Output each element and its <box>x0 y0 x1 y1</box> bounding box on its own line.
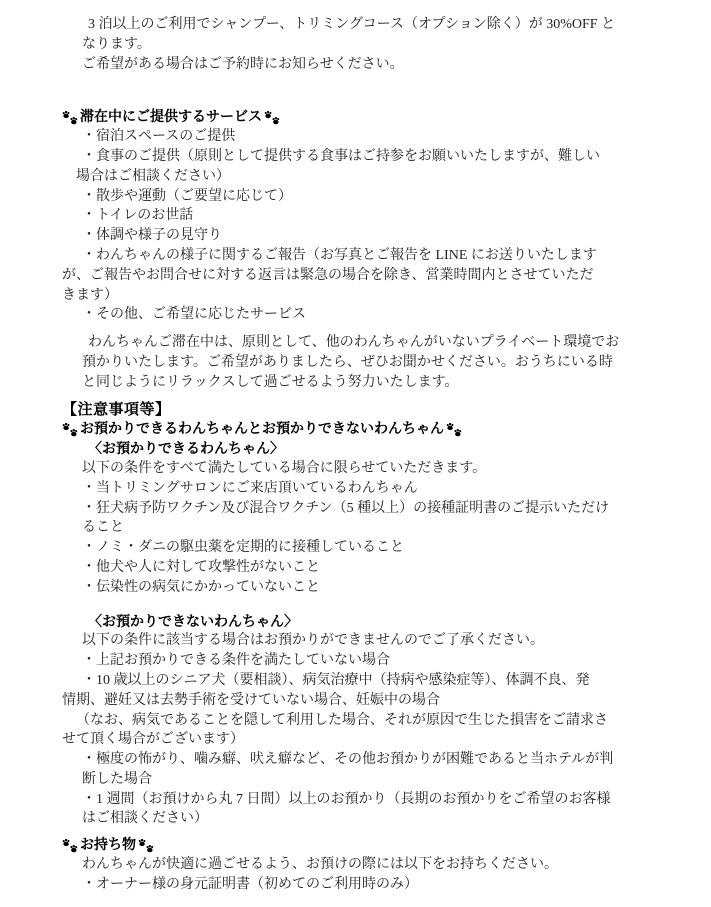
text-line: ること <box>62 518 681 538</box>
text-line: が、ご報告やお問合せに対する返言は緊急の場合を除き、営業時間内とさせていただ <box>62 266 681 286</box>
paw-prints-icon <box>62 110 78 125</box>
text-line: ・上記お預かりできる条件を満たしていない場合 <box>62 651 681 671</box>
section-heading-text: お持ち物 <box>80 835 136 855</box>
text-line: 情期、避妊又は去勢手術を受けていない場合、妊娠中の場合 <box>62 691 681 711</box>
paw-prints-icon <box>62 838 78 853</box>
text-line: 3 泊以上のご利用でシャンプー、トリミングコース（オプション除く）が 30%OF… <box>62 15 681 35</box>
section-heading-text: 滞在中にご提供するサービス <box>80 107 262 127</box>
text-line: ・散歩や運動（ご要望に応じて） <box>62 187 681 207</box>
section-belongings: お持ち物 わんちゃんが快適に過ごせるよう、お預けの際には以下をお持ちください。・… <box>62 835 681 894</box>
section-heading-text: お預かりできるわんちゃんとお預かりできないわんちゃん <box>80 419 444 439</box>
section-intro-discount: 3 泊以上のご利用でシャンプー、トリミングコース（オプション除く）が 30%OF… <box>62 15 681 74</box>
text-line: ・わんちゃんの様子に関するご報告（お写真とご報告を LINE にお送りいたします <box>62 246 681 266</box>
section-heading-text: 〈お預かりできるわんちゃん〉 <box>88 440 284 456</box>
text-line: ・食事のご提供（原則として提供する食事はご持参をお願いいたしますが、難しい <box>62 147 681 167</box>
text-line: 以下の条件に該当する場合はお預かりができませんのでご了承ください。 <box>62 631 681 651</box>
text-line: せて頂く場合がございます） <box>62 730 681 750</box>
text-line: ・宿泊スペースのご提供 <box>62 127 681 147</box>
text-line: わんちゃんが快適に過ごせるよう、お預けの際には以下をお持ちください。 <box>62 855 681 875</box>
paw-section-heading: 滞在中にご提供するサービス <box>62 107 681 127</box>
document-page: 3 泊以上のご利用でシャンプー、トリミングコース（オプション除く）が 30%OF… <box>0 0 711 895</box>
text-line: ・その他、ご希望に応じたサービス <box>62 305 681 325</box>
text-line: ・1 週間（お預けから丸 7 日間）以上のお預かり（長期のお預かりをご希望のお客… <box>62 790 681 810</box>
text-line: ・ノミ・ダニの駆虫薬を定期的に接種していること <box>62 538 681 558</box>
text-line: なります。 <box>62 35 681 55</box>
section-heading: 〈お預かりできないわんちゃん〉 <box>62 612 681 632</box>
text-line: と同じようにリラックスして過ごせるよう努力いたします。 <box>62 373 681 393</box>
section-notice-header: 【注意事項等】 <box>62 400 681 420</box>
text-line: 断した場合 <box>62 770 681 790</box>
text-line: ご希望がある場合はご予約時にお知らせください。 <box>62 55 681 75</box>
paw-section-heading: お預かりできるわんちゃんとお預かりできないわんちゃん <box>62 419 681 439</box>
text-line: 以下の条件をすべて満たしている場合に限らせていただきます。 <box>62 459 681 479</box>
text-line: わんちゃんご滞在中は、原則として、他のわんちゃんがいないプライベート環境でお <box>62 333 681 353</box>
paw-prints-icon <box>446 422 462 437</box>
section-accepted-dogs: 〈お預かりできるわんちゃん〉以下の条件をすべて満たしている場合に限らせていただき… <box>62 439 681 597</box>
text-line: ・狂犬病予防ワクチン及び混合ワクチン（5 種以上）の接種証明書のご提示いただけ <box>62 499 681 519</box>
text-line: ・体調や様子の見守り <box>62 226 681 246</box>
text-line: ・10 歳以上のシニア犬（要相談）、病気治療中（持病や感染症等）、体調不良、発 <box>62 671 681 691</box>
text-line: ・極度の怖がり、噛み癖、吠え癖など、その他お預かりが困難であると当ホテルが判 <box>62 750 681 770</box>
text-line: ・当トリミングサロンにご来店頂いているわんちゃん <box>62 479 681 499</box>
text-line: ・他犬や人に対して攻撃性がないこと <box>62 558 681 578</box>
paw-prints-icon <box>138 838 154 853</box>
section-heading-text: 〈お預かりできないわんちゃん〉 <box>88 613 298 629</box>
section-acceptance-header: お預かりできるわんちゃんとお預かりできないわんちゃん <box>62 419 681 439</box>
text-line: （なお、病気であることを隠して利用した場合、それが原因で生じた損害をご請求さ <box>62 711 681 731</box>
text-line: はご相談ください） <box>62 809 681 829</box>
paw-section-heading: お持ち物 <box>62 835 681 855</box>
section-services: 滞在中にご提供するサービス ・宿泊スペースのご提供・食事のご提供（原則として提供… <box>62 107 681 325</box>
section-heading-text: 【注意事項等】 <box>62 401 171 418</box>
section-heading: 〈お預かりできるわんちゃん〉 <box>62 439 681 459</box>
text-line: ・トイレのお世話 <box>62 206 681 226</box>
text-line: 預かりいたします。ご希望がありましたら、ぜひお聞かせください。おうちにいる時 <box>62 353 681 373</box>
paw-prints-icon <box>264 110 280 125</box>
section-private-note: わんちゃんご滞在中は、原則として、他のわんちゃんがいないプライベート環境でお預か… <box>62 333 681 392</box>
section-not-accepted-dogs: 〈お預かりできないわんちゃん〉以下の条件に該当する場合はお預かりができませんので… <box>62 612 681 830</box>
text-line: 場合はご相談ください） <box>62 167 681 187</box>
text-line: ・オーナー様の身元証明書（初めてのご利用時のみ） <box>62 875 681 895</box>
section-heading: 【注意事項等】 <box>62 400 681 420</box>
text-line: きます） <box>62 286 681 306</box>
text-line: ・伝染性の病気にかかっていないこと <box>62 578 681 598</box>
paw-prints-icon <box>62 422 78 437</box>
